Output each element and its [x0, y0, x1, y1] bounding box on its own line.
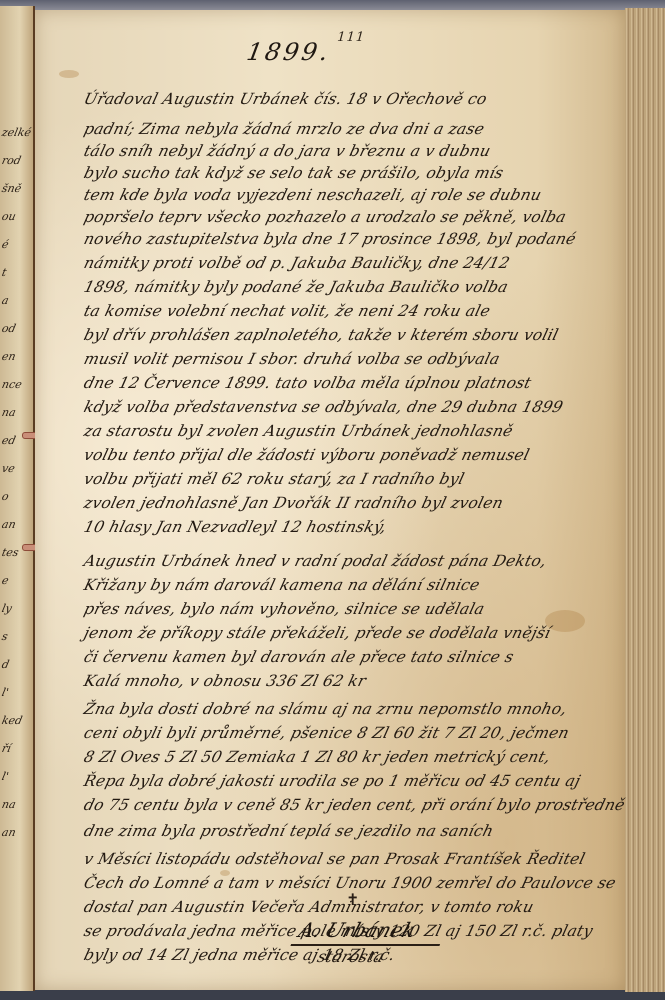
chronicle-line: popršelo teprv všecko pozhazelo a urodza… — [82, 208, 568, 226]
left-page-text-fragment: e — [1, 574, 10, 587]
chronicle-line: či červenu kamen byl darován ale přece t… — [82, 648, 516, 666]
chronicle-line: bylo sucho tak když se selo tak se práši… — [82, 164, 505, 182]
left-page-text-fragment: zelké — [1, 126, 33, 139]
chronicle-line: dne zima byla prostřední teplá se jezdil… — [82, 822, 495, 840]
chronicle-line: jenom že příkopy stále překáželi, přede … — [82, 624, 553, 642]
left-page-text-fragment: šně — [1, 182, 23, 195]
chronicle-line: tem kde byla voda vyjezdeni neschazeli, … — [82, 186, 543, 204]
cross-mark: ✝ — [346, 890, 359, 909]
chronicle-line: dostal pan Augustin Večeřa Administrator… — [82, 898, 536, 916]
left-page-text-fragment: nce — [1, 378, 24, 391]
chronicle-line: byl dřív prohlášen zaplnoletého, takže v… — [82, 326, 560, 344]
left-page-edge: zelkérodšněouétaodenncenaedveoanteselysd… — [0, 6, 35, 991]
page-stack-edges — [625, 8, 665, 992]
left-page-text-fragment: ří — [1, 742, 13, 755]
chronicle-line: volbu přijati měl 62 roku starý, za I ra… — [82, 470, 466, 488]
chronicle-line: Žna byla dosti dobré na slámu aj na zrnu… — [82, 700, 569, 718]
chronicle-line: ta komise volební nechat volit, že neni … — [82, 302, 492, 320]
left-page-text-fragment: an — [1, 518, 17, 531]
chronicle-line: dne 12 Července 1899. tato volba měla úp… — [82, 374, 533, 392]
left-page-text-fragment: na — [1, 406, 17, 419]
chronicle-line: za starostu byl zvolen Augustin Urbánek … — [82, 422, 515, 440]
left-page-text-fragment: an — [1, 826, 17, 839]
paper-stain — [59, 70, 79, 78]
page-year-heading: 1899. — [245, 38, 334, 66]
left-page-text-fragment: ly — [1, 602, 13, 615]
chronicle-line: 8 Zl Oves 5 Zl 50 Zemiaka 1 Zl 80 kr jed… — [82, 748, 552, 766]
left-page-text-fragment: a — [1, 294, 10, 307]
left-page-text-fragment: t — [1, 266, 8, 279]
chronicle-line: v Měsíci listopádu odstěhoval se pan Pro… — [82, 850, 587, 868]
left-page-text-fragment: ed — [1, 434, 17, 447]
left-page-text-fragment: tes — [1, 546, 20, 559]
left-page-text-fragment: l' — [1, 770, 10, 783]
chronicle-line: musil volit pernisou I sbor. druhá volba… — [82, 350, 502, 368]
left-page-text-fragment: s — [1, 630, 9, 643]
chronicle-line: padní; Zima nebyla žádná mrzlo ze dva dn… — [82, 120, 486, 138]
signature-name: A. Urbánek — [290, 918, 448, 946]
chronicle-line: volbu tento přijal dle žádosti výboru po… — [82, 446, 531, 464]
chronicle-line: zvolen jednohlasně Jan Dvořák II radního… — [82, 494, 505, 512]
book-photo: zelkérodšněouétaodenncenaedveoanteselysd… — [0, 0, 665, 1000]
signature-title: starosta — [315, 947, 387, 966]
left-page-text-fragment: l' — [1, 686, 10, 699]
chronicle-line: do 75 centu byla v ceně 85 kr jeden cent… — [82, 796, 627, 814]
chronicle-line: tálo sníh nebyl žádný a do jara v březnu… — [82, 142, 493, 160]
left-page-text-fragment: na — [1, 798, 17, 811]
left-page-text-fragment: od — [1, 322, 17, 335]
page-mark: 111 — [335, 30, 367, 45]
chronicle-line: Augustin Urbánek hned v radní podal žádo… — [82, 552, 549, 570]
left-page-text-fragment: é — [1, 238, 10, 251]
left-page-text-fragment: d — [1, 658, 11, 671]
chronicle-line: nového zastupitelstva byla dne 17 prosin… — [82, 230, 578, 248]
chronicle-line: přes náves, bylo nám vyhověno, silnice s… — [82, 600, 486, 618]
chronicle-line: námitky proti volbě od p. Jakuba Bauličk… — [82, 254, 512, 272]
left-page-text-fragment: o — [1, 490, 10, 503]
left-page-text-fragment: ou — [1, 210, 17, 223]
chronicle-line: Úřadoval Augustin Urbánek čís. 18 v Ořec… — [82, 90, 489, 108]
chronicle-line: 1898, námitky byly podané že Jakuba Baul… — [82, 278, 510, 296]
chronicle-line: Křižany by nám darovál kamena na dělání … — [82, 576, 482, 594]
chronicle-line: když volba představenstva se odbývala, d… — [82, 398, 565, 416]
chronicle-line: ceni obyli byli průměrné, pšenice 8 Zl 6… — [82, 724, 571, 742]
left-page-text-fragment: ve — [1, 462, 16, 475]
left-page-text-fragment: ked — [1, 714, 24, 727]
left-page-text-fragment: en — [1, 350, 17, 363]
left-page-text-fragment: rod — [1, 154, 23, 167]
chronicle-line: Řepa byla dobré jakosti urodila se po 1 … — [82, 772, 582, 790]
chronicle-line: Kalá mnoho, v obnosu 336 Zl 62 kr — [82, 672, 368, 690]
chronicle-line: 10 hlasy Jan Nezvadleyl 12 hostinský, — [82, 518, 388, 536]
